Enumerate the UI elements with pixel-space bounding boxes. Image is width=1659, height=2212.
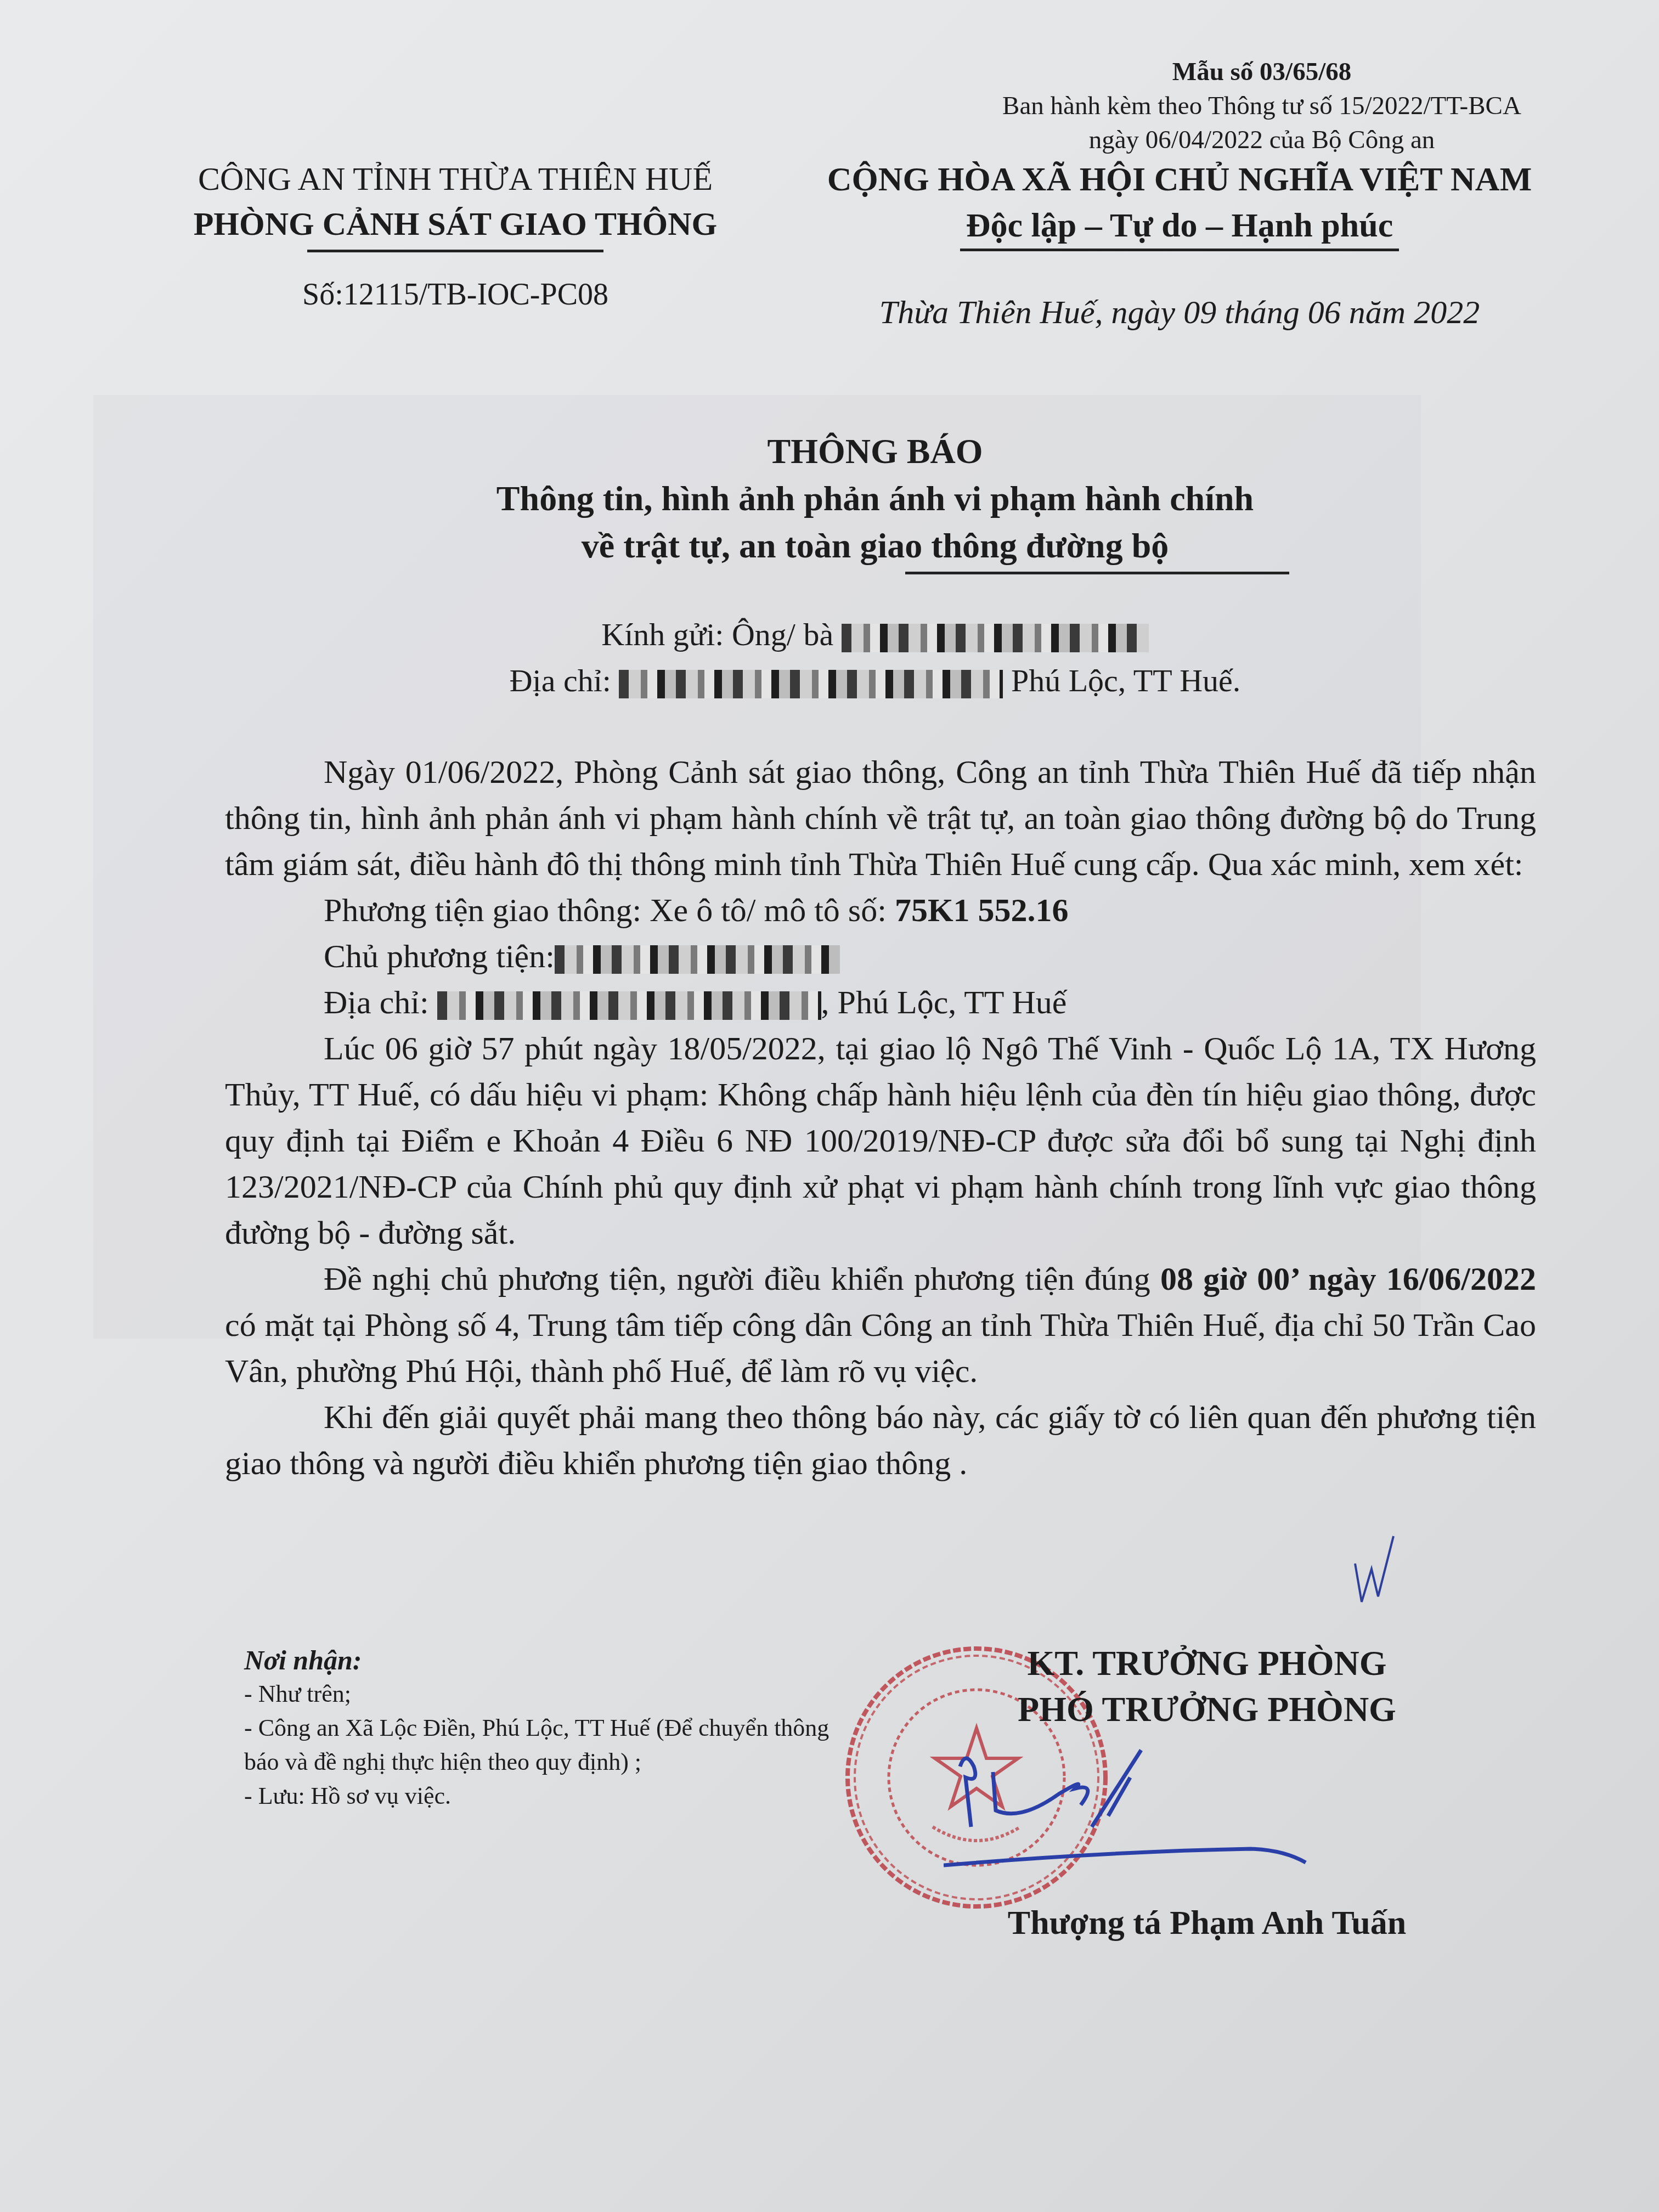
form-issued-with: Ban hành kèm theo Thông tư số 15/2022/TT… <box>933 89 1591 123</box>
form-code: Mẫu số 03/65/68 <box>933 55 1591 89</box>
recipient-item: - Lưu: Hồ sơ vụ việc. <box>244 1779 859 1813</box>
recipient-item: - Như trên; <box>244 1677 859 1711</box>
redacted-name <box>842 624 1149 652</box>
notice-body: Ngày 01/06/2022, Phòng Cảnh sát giao thô… <box>225 749 1536 1486</box>
summons-text-pre: Đề nghị chủ phương tiện, người điều khiể… <box>324 1261 1160 1297</box>
signature-line1: KT. TRƯỞNG PHÒNG <box>933 1640 1481 1686</box>
recipients-heading: Nơi nhận: <box>244 1643 859 1677</box>
paragraph-summons: Đề nghị chủ phương tiện, người điều khiể… <box>225 1256 1536 1394</box>
handwritten-signature-icon <box>944 1745 1372 1876</box>
paragraph-received: Ngày 01/06/2022, Phòng Cảnh sát giao thô… <box>225 749 1536 887</box>
redacted-owner <box>555 945 840 974</box>
paragraph-documents: Khi đến giải quyết phải mang theo thông … <box>225 1394 1536 1486</box>
paragraph-violation: Lúc 06 giờ 57 phút ngày 18/05/2022, tại … <box>225 1025 1536 1256</box>
summons-text-post: có mặt tại Phòng số 4, Trung tâm tiếp cô… <box>225 1307 1536 1389</box>
address-label: Địa chỉ: <box>510 663 611 698</box>
signature-title: KT. TRƯỞNG PHÒNG PHÓ TRƯỞNG PHÒNG <box>933 1640 1481 1733</box>
agency-header: CÔNG AN TỈNH THỪA THIÊN HUẾ PHÒNG CẢNH S… <box>132 156 779 252</box>
owner-address-line: Địa chỉ: , Phú Lộc, TT Huế <box>225 979 1536 1025</box>
form-issued-date: ngày 06/04/2022 của Bộ Công an <box>933 123 1591 157</box>
signature-line2: PHÓ TRƯỞNG PHÒNG <box>933 1686 1481 1733</box>
license-plate: 75K1 552.16 <box>895 892 1069 928</box>
addressee-label: Kính gửi: Ông/ bà <box>601 617 833 652</box>
document-number: Số:12115/TB-IOC-PC08 <box>132 277 779 312</box>
owner-label: Chủ phương tiện: <box>324 938 555 974</box>
redacted-owner-address <box>437 991 821 1020</box>
agency-parent: CÔNG AN TỈNH THỪA THIÊN HUẾ <box>132 156 779 201</box>
vehicle-label: Phương tiện giao thông: Xe ô tô/ mô tô s… <box>324 892 887 928</box>
signer-name: Thượng tá Phạm Anh Tuấn <box>933 1904 1481 1943</box>
address-suffix: Phú Lộc, TT Huế. <box>1011 663 1240 698</box>
national-header: CỘNG HÒA XÃ HỘI CHỦ NGHĨA VIỆT NAM Độc l… <box>768 156 1591 251</box>
motto-underline <box>960 249 1399 251</box>
summons-datetime: 08 giờ 00’ ngày 16/06/2022 <box>1160 1261 1536 1297</box>
agency-underline <box>307 250 603 252</box>
title-line2: về trật tự, an toàn giao thông đường bộ <box>329 522 1421 569</box>
place-date: Thừa Thiên Huế, ngày 09 tháng 06 năm 202… <box>768 294 1591 331</box>
national-motto: Độc lập – Tự do – Hạnh phúc <box>768 202 1591 249</box>
title-underline <box>905 572 1289 574</box>
country-name: CỘNG HÒA XÃ HỘI CHỦ NGHĨA VIỆT NAM <box>768 156 1591 202</box>
title-main: THÔNG BÁO <box>329 428 1421 475</box>
owner-line: Chủ phương tiện: <box>225 933 1536 979</box>
handwritten-tick-icon <box>1350 1531 1399 1607</box>
title-line1: Thông tin, hình ảnh phản ánh vi phạm hàn… <box>329 475 1421 522</box>
addressee-block: Kính gửi: Ông/ bà Địa chỉ: Phú Lộc, TT H… <box>329 612 1421 704</box>
vehicle-line: Phương tiện giao thông: Xe ô tô/ mô tô s… <box>225 887 1536 933</box>
document-title: THÔNG BÁO Thông tin, hình ảnh phản ánh v… <box>329 428 1421 574</box>
owner-address-label: Địa chỉ: <box>324 984 429 1020</box>
redacted-address <box>619 670 1003 698</box>
recipient-item: - Công an Xã Lộc Điền, Phú Lộc, TT Huế (… <box>244 1711 859 1779</box>
agency-department: PHÒNG CẢNH SÁT GIAO THÔNG <box>132 201 779 246</box>
form-number-block: Mẫu số 03/65/68 Ban hành kèm theo Thông … <box>933 55 1591 157</box>
recipients-block: Nơi nhận: - Như trên; - Công an Xã Lộc Đ… <box>244 1643 859 1813</box>
owner-address-suffix: , Phú Lộc, TT Huế <box>821 984 1067 1020</box>
